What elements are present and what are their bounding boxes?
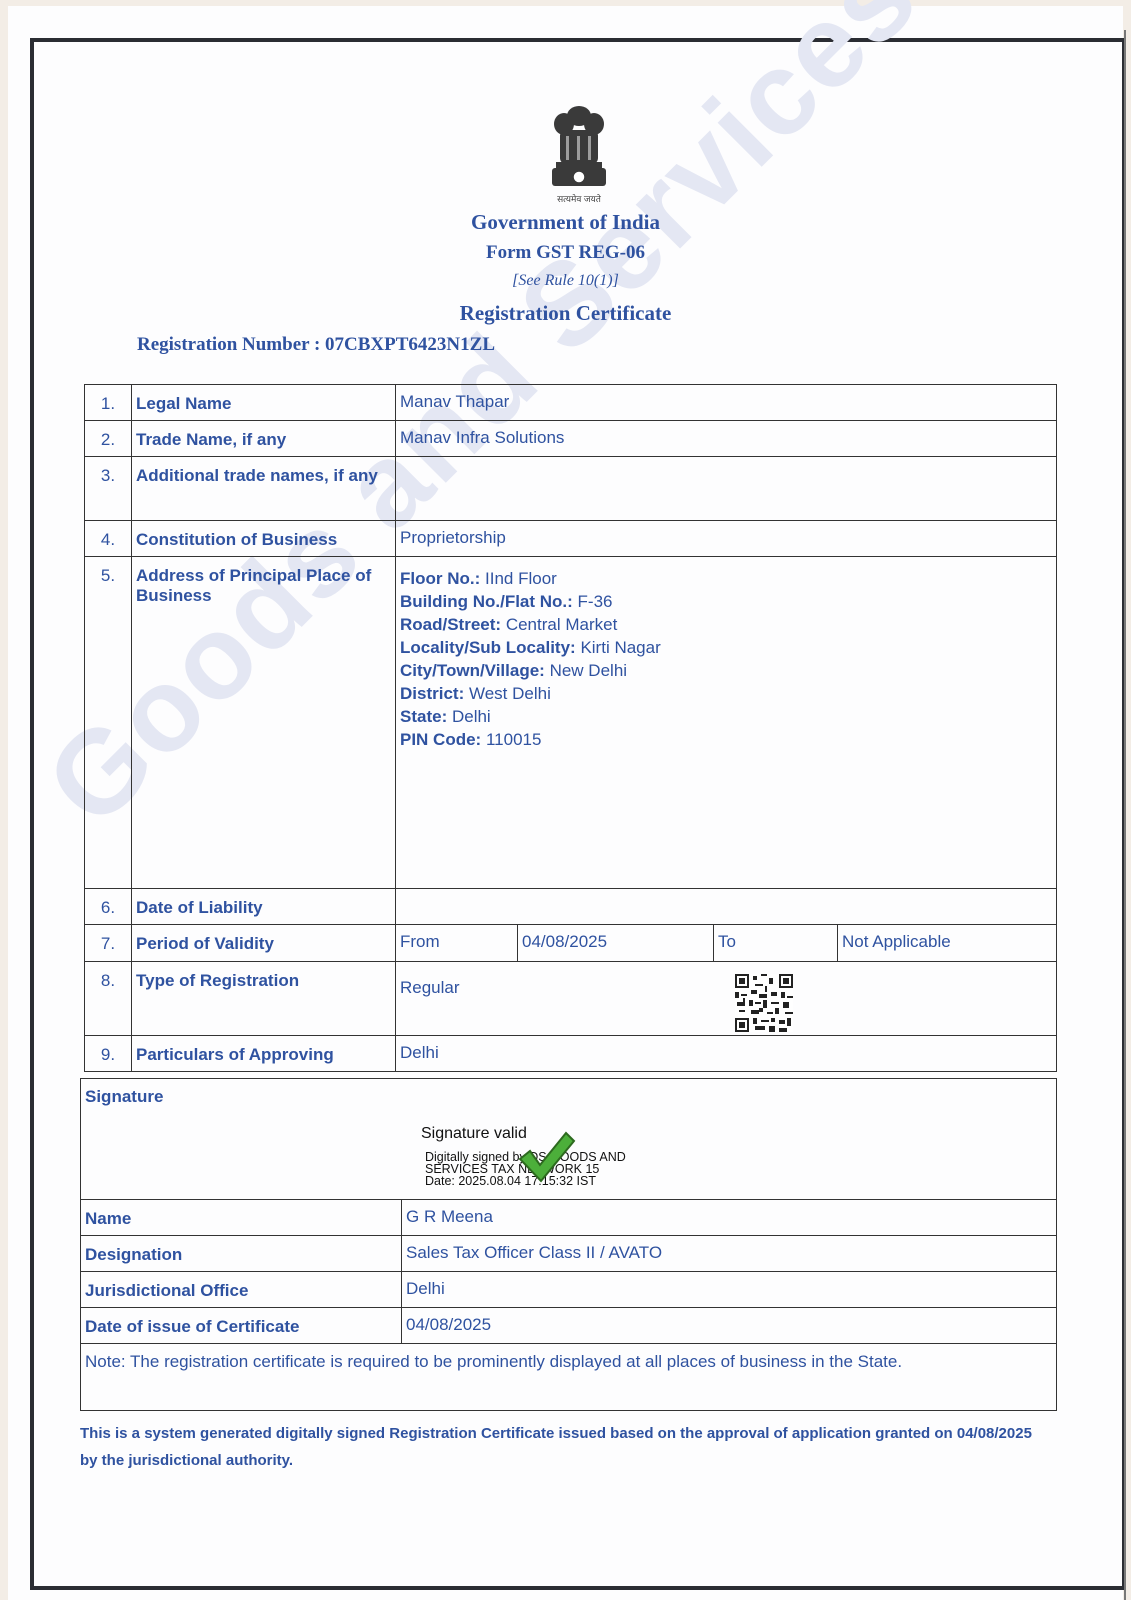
address-line: Road/Street: Central Market bbox=[400, 613, 1052, 636]
address-line: PIN Code: 110015 bbox=[400, 728, 1052, 751]
field-label: Period of Validity bbox=[132, 925, 396, 962]
table-row: 6. Date of Liability bbox=[85, 889, 1057, 925]
table-row: Name G R Meena bbox=[81, 1200, 1057, 1236]
row-number: 9. bbox=[85, 1036, 132, 1072]
registration-type-value: Regular bbox=[396, 962, 1057, 1036]
issue-date-value: 04/08/2025 bbox=[402, 1308, 1057, 1344]
jurisdictional-office-label: Jurisdictional Office bbox=[81, 1272, 402, 1308]
designation-label: Designation bbox=[81, 1236, 402, 1272]
table-row: 9. Particulars of Approving Delhi bbox=[85, 1036, 1057, 1072]
signature-row: Signature Signature valid Digitally sign… bbox=[81, 1079, 1057, 1200]
table-row: Jurisdictional Office Delhi bbox=[81, 1272, 1057, 1308]
issue-date-label: Date of issue of Certificate bbox=[81, 1308, 402, 1344]
row-number: 5. bbox=[85, 557, 132, 889]
constitution-value: Proprietorship bbox=[396, 521, 1057, 557]
field-label: Legal Name bbox=[132, 385, 396, 421]
registration-number: Registration Number : 07CBXPT6423N1ZL bbox=[137, 334, 495, 356]
table-row: Designation Sales Tax Officer Class II /… bbox=[81, 1236, 1057, 1272]
officer-name-label: Name bbox=[81, 1200, 402, 1236]
rule-reference: [See Rule 10(1)] bbox=[0, 272, 1131, 290]
address-line: Floor No.: IInd Floor bbox=[400, 567, 1052, 590]
row-number: 7. bbox=[85, 925, 132, 962]
row-number: 2. bbox=[85, 421, 132, 457]
field-label: Date of Liability bbox=[132, 889, 396, 925]
table-row: Note: The registration certificate is re… bbox=[81, 1344, 1057, 1411]
table-row: 1. Legal Name Manav Thapar bbox=[85, 385, 1057, 421]
date-of-liability-value bbox=[396, 889, 1057, 925]
table-row: 7. Period of Validity From 04/08/2025 To… bbox=[85, 925, 1057, 962]
trade-name-value: Manav Infra Solutions bbox=[396, 421, 1057, 457]
table-row: Date of issue of Certificate 04/08/2025 bbox=[81, 1308, 1057, 1344]
table-row: 3. Additional trade names, if any bbox=[85, 457, 1057, 521]
officer-name-value: G R Meena bbox=[402, 1200, 1057, 1236]
validity-to-value: Not Applicable bbox=[838, 925, 1057, 962]
address-value: Floor No.: IInd Floor Building No./Flat … bbox=[396, 557, 1057, 889]
designation-value: Sales Tax Officer Class II / AVATO bbox=[402, 1236, 1057, 1272]
table-row: 2. Trade Name, if any Manav Infra Soluti… bbox=[85, 421, 1057, 457]
address-line: Building No./Flat No.: F-36 bbox=[400, 590, 1052, 613]
row-number: 1. bbox=[85, 385, 132, 421]
system-generated-footer: This is a system generated digitally sig… bbox=[80, 1420, 1040, 1474]
field-label: Type of Registration bbox=[132, 962, 396, 1036]
address-line: Locality/Sub Locality: Kirti Nagar bbox=[400, 636, 1052, 659]
additional-trade-names-value bbox=[396, 457, 1057, 521]
emblem-motto: सत्यमेव जयते bbox=[548, 192, 610, 205]
form-name: Form GST REG-06 bbox=[0, 242, 1131, 264]
check-icon bbox=[516, 1129, 576, 1185]
address-line: State: Delhi bbox=[400, 705, 1052, 728]
approving-authority-value: Delhi bbox=[396, 1036, 1057, 1072]
validity-from-label: From bbox=[396, 925, 518, 962]
display-note: Note: The registration certificate is re… bbox=[81, 1344, 1057, 1411]
validity-from-value: 04/08/2025 bbox=[518, 925, 714, 962]
signature-cell: Signature Signature valid Digitally sign… bbox=[81, 1079, 1057, 1200]
field-label: Address of Principal Place of Business bbox=[132, 557, 396, 889]
table-row: 8. Type of Registration Regular bbox=[85, 962, 1057, 1036]
signature-heading: Signature bbox=[85, 1087, 163, 1107]
field-label: Particulars of Approving bbox=[132, 1036, 396, 1072]
paper-edge bbox=[1124, 30, 1126, 1600]
validity-to-label: To bbox=[714, 925, 838, 962]
field-label: Constitution of Business bbox=[132, 521, 396, 557]
signature-table: Signature Signature valid Digitally sign… bbox=[80, 1078, 1057, 1411]
jurisdictional-office-value: Delhi bbox=[402, 1272, 1057, 1308]
row-number: 4. bbox=[85, 521, 132, 557]
certificate-title: Registration Certificate bbox=[0, 301, 1131, 326]
table-row: 5. Address of Principal Place of Busines… bbox=[85, 557, 1057, 889]
address-line: City/Town/Village: New Delhi bbox=[400, 659, 1052, 682]
row-number: 6. bbox=[85, 889, 132, 925]
field-label: Additional trade names, if any bbox=[132, 457, 396, 521]
qr-code-icon[interactable] bbox=[735, 972, 793, 1034]
row-number: 3. bbox=[85, 457, 132, 521]
address-line: District: West Delhi bbox=[400, 682, 1052, 705]
government-title: Government of India bbox=[0, 210, 1131, 235]
table-row: 4. Constitution of Business Proprietorsh… bbox=[85, 521, 1057, 557]
registration-details-table: 1. Legal Name Manav Thapar 2. Trade Name… bbox=[84, 384, 1057, 1072]
signature-status[interactable]: Signature valid bbox=[421, 1125, 527, 1143]
legal-name-value: Manav Thapar bbox=[396, 385, 1057, 421]
field-label: Trade Name, if any bbox=[132, 421, 396, 457]
row-number: 8. bbox=[85, 962, 132, 1036]
